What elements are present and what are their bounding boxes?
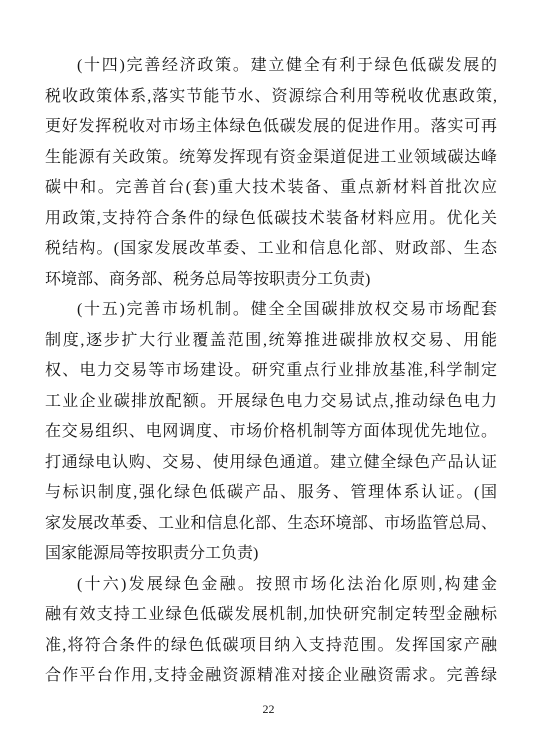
text-line: 环境部、商务部、税务总局等按职责分工负责)	[45, 265, 497, 296]
text-line: (十五)完善市场机制。健全全国碳排放权交易市场配套	[45, 295, 497, 326]
paragraph-item-16: (十六)发展绿色金融。按照市场化法治化原则,构建金 融有效支持工业绿色低碳发展机…	[45, 570, 497, 692]
text-line: 用政策,支持符合条件的绿色低碳技术装备材料应用。优化关	[45, 204, 497, 235]
text-line: (十四)完善经济政策。建立健全有利于绿色低碳发展的	[45, 51, 497, 82]
text-line: 更好发挥税收对市场主体绿色低碳发展的促进作用。落实可再	[45, 112, 497, 143]
paragraph-item-15: (十五)完善市场机制。健全全国碳排放权交易市场配套 制度,逐步扩大行业覆盖范围,…	[45, 295, 497, 570]
text-line: 税结构。(国家发展改革委、工业和信息化部、财政部、生态	[45, 234, 497, 265]
page-number: 22	[0, 701, 537, 717]
text-line: 工业企业碳排放配额。开展绿色电力交易试点,推动绿色电力	[45, 387, 497, 418]
text-line: 税收政策体系,落实节能节水、资源综合利用等税收优惠政策,	[45, 82, 497, 113]
text-line: 制度,逐步扩大行业覆盖范围,统筹推进碳排放权交易、用能	[45, 326, 497, 357]
text-line: 融有效支持工业绿色低碳发展机制,加快研究制定转型金融标	[45, 600, 497, 631]
paragraph-item-14: (十四)完善经济政策。建立健全有利于绿色低碳发展的 税收政策体系,落实节能节水、…	[45, 51, 497, 295]
text-line: (十六)发展绿色金融。按照市场化法治化原则,构建金	[45, 570, 497, 601]
text-line: 合作平台作用,支持金融资源精准对接企业融资需求。完善绿	[45, 661, 497, 692]
text-line: 碳中和。完善首台(套)重大技术装备、重点新材料首批次应	[45, 173, 497, 204]
text-line: 家发展改革委、工业和信息化部、生态环境部、市场监管总局、	[45, 509, 497, 540]
text-line: 打通绿电认购、交易、使用绿色通道。建立健全绿色产品认证	[45, 448, 497, 479]
text-line: 生能源有关政策。统筹发挥现有资金渠道促进工业领域碳达峰	[45, 143, 497, 174]
text-line: 权、电力交易等市场建设。研究重点行业排放基准,科学制定	[45, 356, 497, 387]
text-line: 与标识制度,强化绿色低碳产品、服务、管理体系认证。(国	[45, 478, 497, 509]
document-page: (十四)完善经济政策。建立健全有利于绿色低碳发展的 税收政策体系,落实节能节水、…	[0, 0, 537, 756]
document-body: (十四)完善经济政策。建立健全有利于绿色低碳发展的 税收政策体系,落实节能节水、…	[45, 51, 497, 692]
text-line: 准,将符合条件的绿色低碳项目纳入支持范围。发挥国家产融	[45, 631, 497, 662]
text-line: 国家能源局等按职责分工负责)	[45, 539, 497, 570]
text-line: 在交易组织、电网调度、市场价格机制等方面体现优先地位。	[45, 417, 497, 448]
